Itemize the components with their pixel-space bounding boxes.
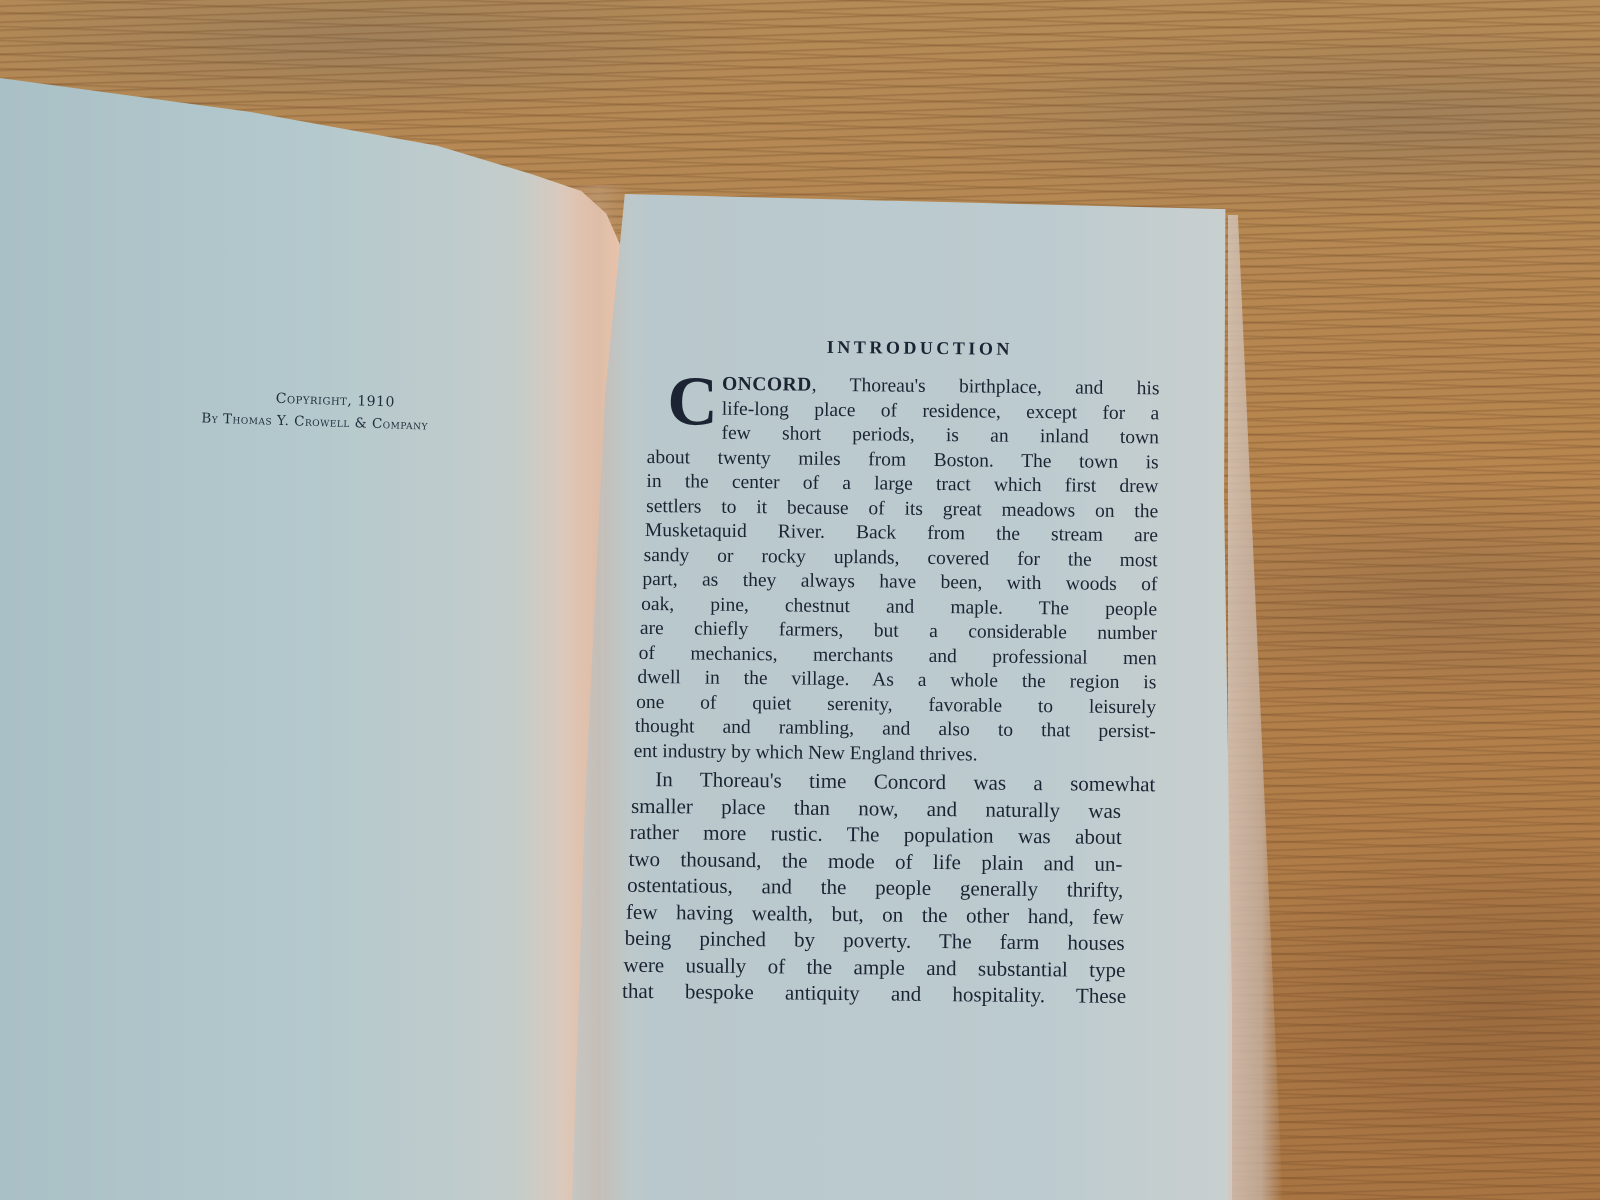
book-gutter	[560, 185, 630, 1200]
introduction-text: INTRODUCTION C ONCORD, Thoreau's birthpl…	[643, 335, 1160, 1010]
text-line: that bespoke antiquity and hospitality. …	[622, 978, 1126, 1010]
paragraph-2: In Thoreau's time Concord was a somewhat…	[643, 766, 1155, 1010]
left-page	[0, 78, 625, 1200]
chapter-heading: INTRODUCTION	[680, 335, 1160, 361]
drop-cap: C	[667, 374, 718, 433]
lead-word: ONCORD	[722, 374, 812, 396]
paragraph-1: C ONCORD, Thoreau's birthplace, and his …	[646, 372, 1160, 769]
